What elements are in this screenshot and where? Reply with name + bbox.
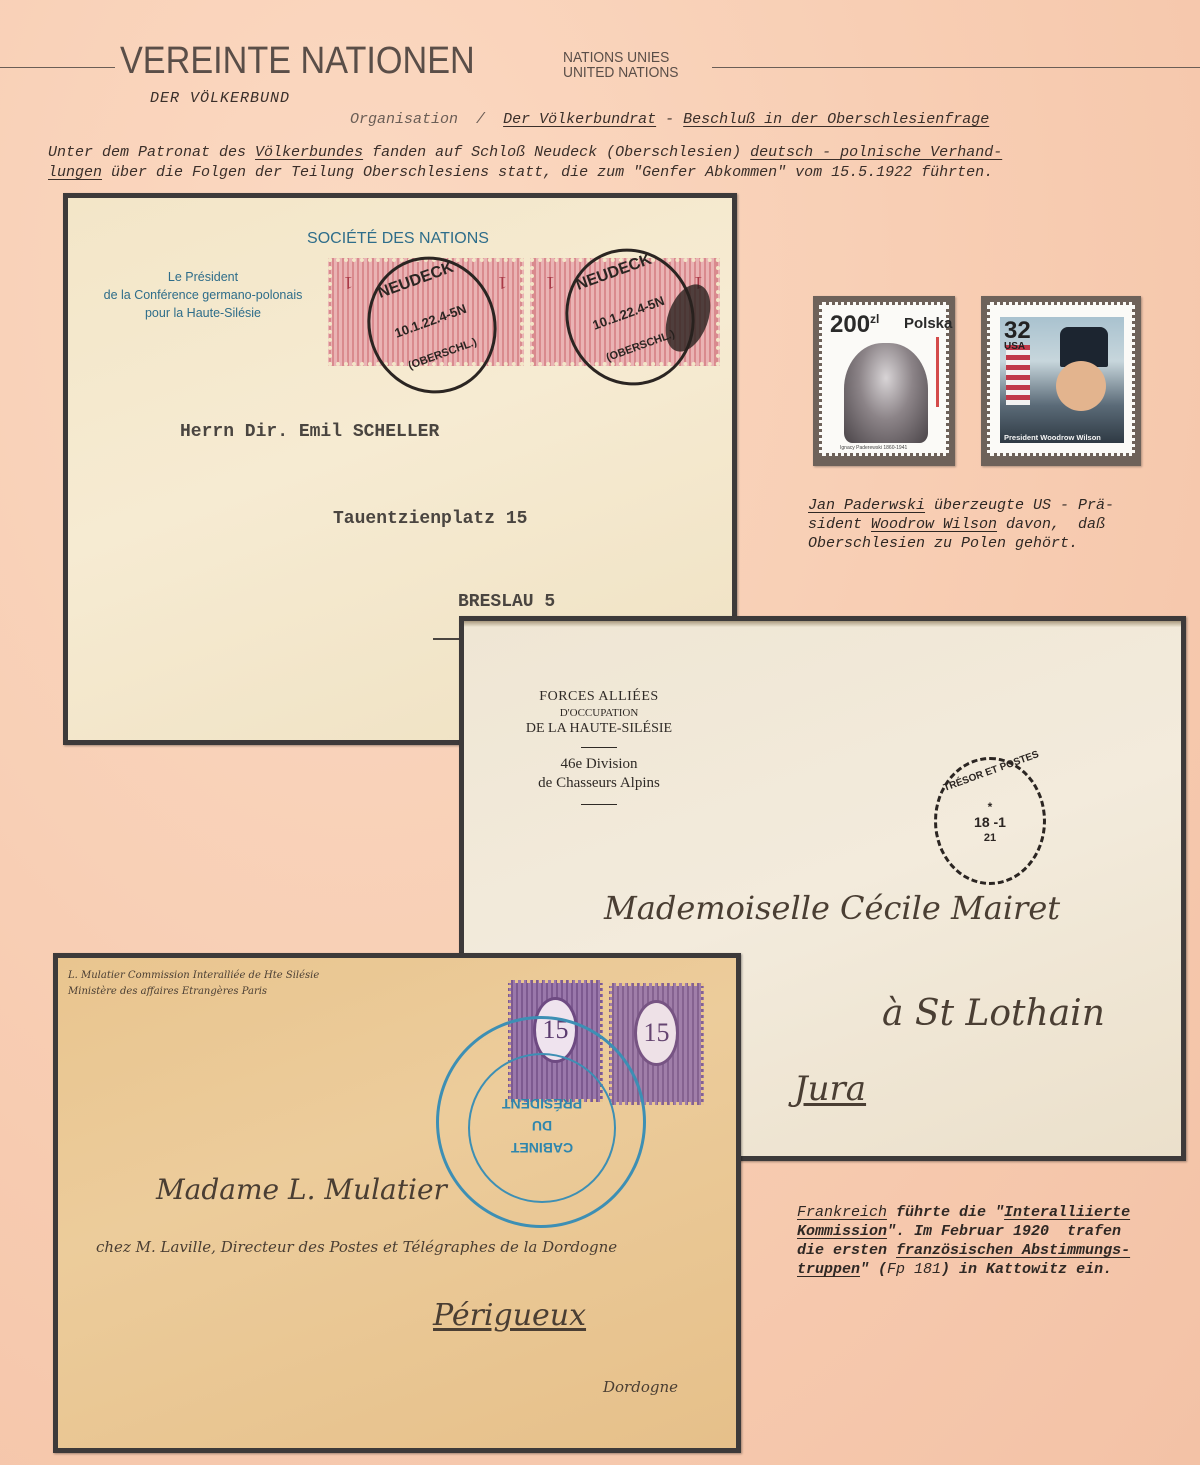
intro-line-1: Unter dem Patronat des Völkerbundes fand… [48, 143, 1168, 163]
envelope3-address-department: Dordogne [603, 1378, 678, 1396]
subtitle-fr: NATIONS UNIES [563, 50, 679, 65]
envelope-mulatier: L. Mulatier Commission Interalliée de Ht… [53, 953, 741, 1453]
breadcrumb-dash: - [665, 111, 674, 128]
envelope2-address-town: à St Lothain [882, 993, 1105, 1034]
stamp-usa-wilson: 32 USA President Woodrow Wilson [981, 296, 1141, 466]
envelope1-sender: Le Président de la Conférence germano-po… [72, 268, 334, 322]
page-title: VEREINTE NATIONEN [120, 42, 475, 80]
page-subtitle: NATIONS UNIES UNITED NATIONS [563, 50, 679, 80]
envelope1-header: SOCIÉTÉ DES NATIONS [278, 230, 518, 248]
subtitle-en: UNITED NATIONS [563, 65, 679, 80]
envelope2-address-name: Mademoiselle Cécile Mairet [604, 889, 1060, 927]
header-rule-left [0, 67, 115, 68]
envelope1-address-name: Herrn Dir. Emil SCHELLER [180, 422, 439, 442]
breadcrumb: Organisation / Der Völkerbundrat - Besch… [350, 111, 989, 128]
envelope1-address-city: BRESLAU 5 [458, 592, 555, 612]
portrait-paderewski [844, 343, 928, 443]
envelope1-address-street: Tauentzienplatz 15 [333, 509, 527, 529]
breadcrumb-voelkerbundrat: Der Völkerbundrat [503, 111, 656, 128]
envelope2-address-region: Jura [794, 1069, 866, 1109]
envelope2-sender: FORCES ALLIÉES D'OCCUPATION DE LA HAUTE-… [509, 689, 689, 805]
section-heading: DER VÖLKERBUND [150, 90, 290, 107]
breadcrumb-separator: / [476, 111, 485, 128]
envelope3-address-city: Périgueux [433, 1298, 586, 1333]
intro-paragraph: Unter dem Patronat des Völkerbundes fand… [48, 143, 1168, 183]
envelope2-torn-edge [464, 621, 1181, 627]
breadcrumb-topic: Beschluß in der Oberschlesienfrage [683, 111, 989, 128]
intro-line-2: lungen über die Folgen der Teilung Obers… [48, 163, 1168, 183]
header-rule-right [712, 67, 1200, 68]
envelope3-address-name: Madame L. Mulatier [156, 1173, 447, 1206]
caption-paderewski-wilson: Jan Paderwski überzeugte US - Prä-sident… [808, 477, 1114, 572]
breadcrumb-organisation: Organisation [350, 111, 458, 128]
blue-cachet-inner: CABINET DU PRÉSIDENT [468, 1053, 616, 1203]
stamp-poland-paderewski: 200zl Polska Ignacy Paderewski 1860-1941 [813, 296, 955, 466]
caption-interalliierte: Frankreich führte die "InteralliierteKom… [797, 1184, 1130, 1298]
postmark-tresor-postes: TRÉSOR ET POSTES * 18 -1 21 [934, 757, 1046, 885]
envelope3-note: L. Mulatier Commission Interalliée de Ht… [68, 968, 319, 1000]
envelope3-address-care-of: chez M. Laville, Directeur des Postes et… [96, 1238, 617, 1256]
